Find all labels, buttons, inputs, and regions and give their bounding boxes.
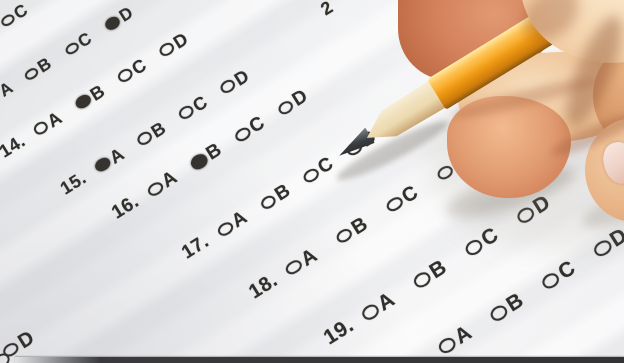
question-number: 15. [56,167,90,199]
option-B: B [186,139,226,175]
question-number: 19. [320,314,359,351]
bubble-icon [360,302,382,323]
option-C: C [299,153,338,188]
answer-sheet-photo: C ABCD 14.ABCD 15.ABCD 16.ABCD 17.ABCD 1… [0,0,624,363]
option-C: C [537,256,579,295]
option-C: C [230,113,269,148]
question-number: 17. [178,231,213,264]
option-A: A [143,167,182,202]
option-A: A [29,107,66,141]
option-letter: A [0,78,17,101]
option-B: B [409,256,451,295]
question-number: 18. [245,269,282,304]
paper-bottom-edge [15,357,624,363]
option-C: C [0,0,31,32]
option-A: A [281,244,322,281]
option-B: B [256,180,295,215]
bubble-icon [302,166,322,185]
bubble-icon [384,194,405,214]
option-C: C [174,91,211,125]
bubble-icon [463,237,485,258]
option-B: B [21,54,56,86]
bubble-icon [276,98,296,117]
bubble-icon [334,226,355,246]
option-C: C [113,54,150,88]
bubble-icon [233,125,253,144]
bubble-icon [540,270,562,291]
option-A: A [434,321,476,360]
bubble-icon [259,193,279,212]
bubble-icon [436,335,458,356]
partial-question-number: 2 [317,0,337,20]
bubble-icon [488,303,510,324]
answer-row-12-partial: C [0,0,49,34]
option-D: D [155,28,192,62]
question-number: 14. [0,130,29,162]
option-B: B [71,80,109,115]
option-D: D [216,65,253,99]
option-B: B [133,117,170,151]
option-D: D [101,3,137,36]
question-number: 16. [108,191,143,224]
bubble-icon [411,270,433,291]
bubble-icon [63,40,81,57]
option-C: C [382,181,423,218]
option-A: A [90,143,128,178]
option-A: A [357,288,399,327]
option-D: D [273,86,312,121]
bubble-icon [31,119,50,137]
option-C: C [61,29,96,61]
option-B: B [485,289,527,328]
option-A: A [213,207,252,242]
bubble-icon [145,180,165,199]
option-B: B [331,213,372,250]
bubble-icon [215,220,235,239]
